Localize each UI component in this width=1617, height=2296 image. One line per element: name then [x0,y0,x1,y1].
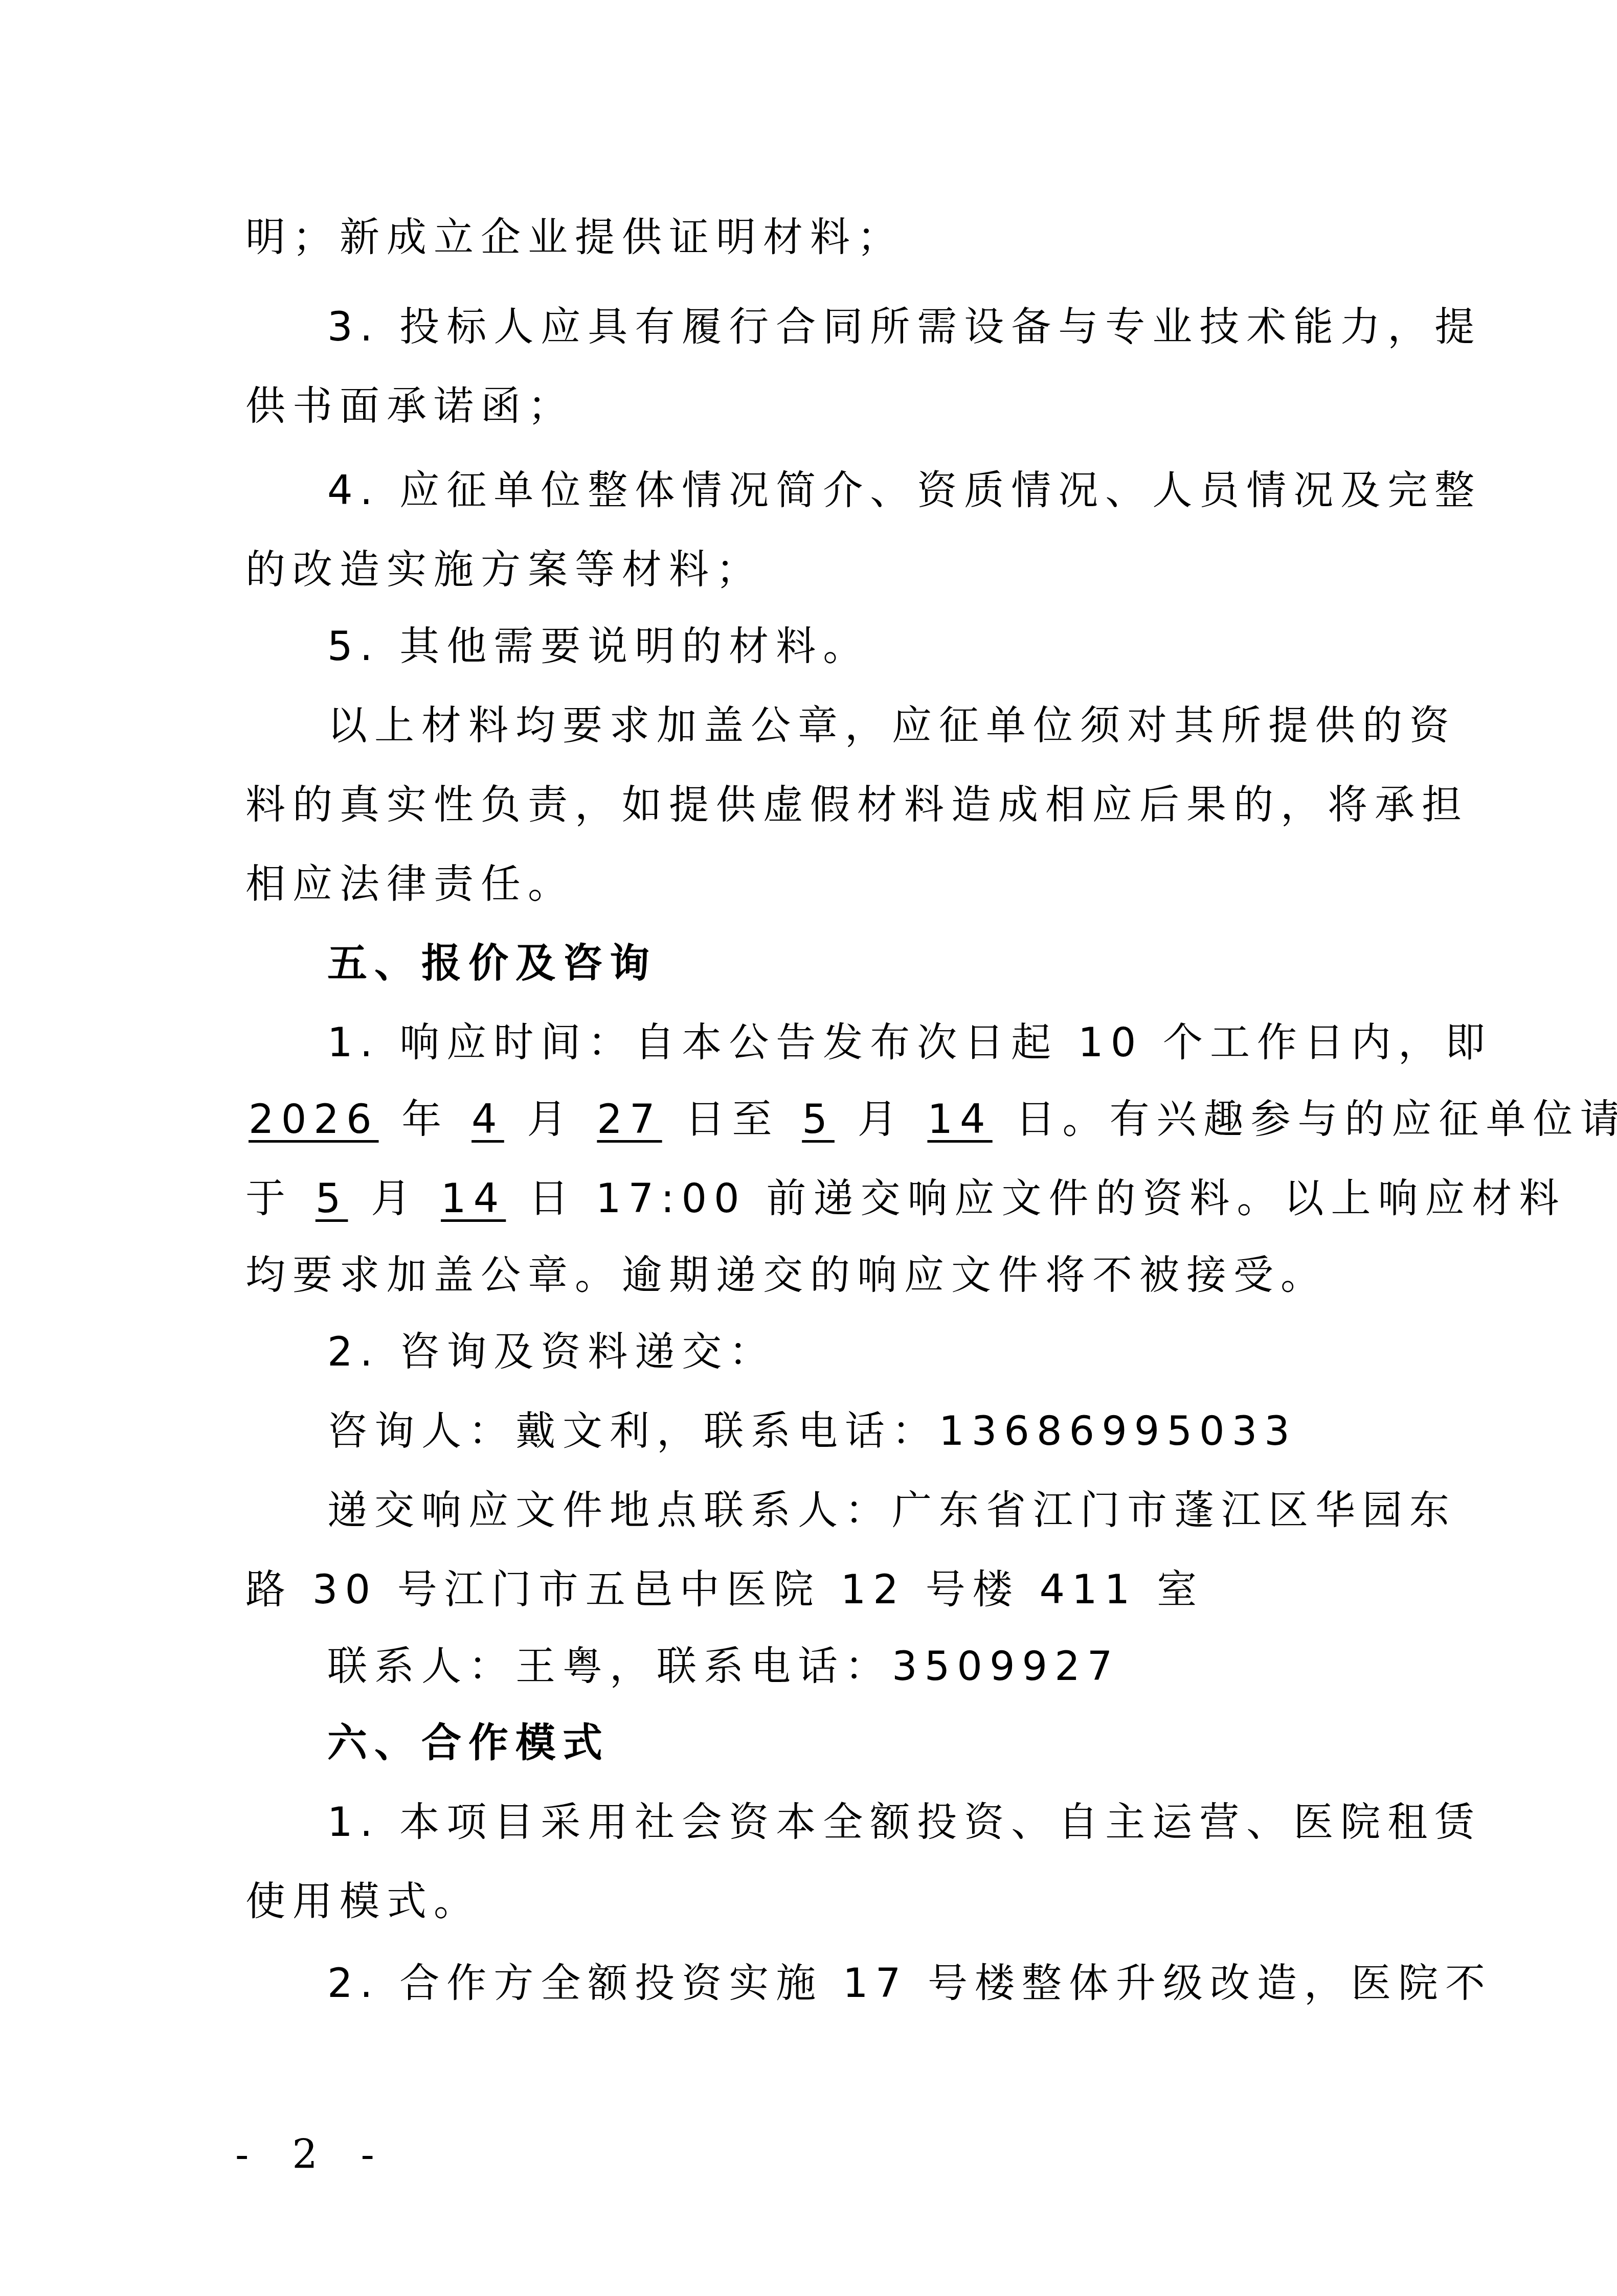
text-fragment: 月 [838,1097,925,1143]
submission-deadline: 于 5 月 14 日 17:00 前递交响应文件的资料。以上响应材料 [245,1171,1566,1227]
consultant-contact: 咨询人：戴文利，联系电话：13686995033 [327,1403,1297,1460]
list-item-4: 4. 应征单位整体情况简介、资质情况、人员情况及完整 [327,463,1481,519]
text-fragment: 日至 [665,1097,799,1143]
paragraph-seal-requirement: 以上材料均要求加盖公章，应征单位须对其所提供的资 [327,698,1456,754]
list-item-5: 5. 其他需要说明的材料。 [327,619,870,675]
text-fragment: 月 [507,1097,594,1143]
section-heading-quotation: 五、报价及咨询 [327,936,657,992]
cooperation-item-2: 2. 合作方全额投资实施 17 号楼整体升级改造，医院不 [327,1956,1492,2012]
consult-submission-title: 2. 咨询及资料递交： [327,1324,776,1380]
response-time-line: 1. 响应时间：自本公告发布次日起 10 个工作日内，即 [327,1015,1492,1071]
text-line: 的改造实施方案等材料； [245,542,763,598]
list-item-3: 3. 投标人应具有履行合同所需设备与专业技术能力，提 [327,299,1481,355]
text-line: 明；新成立企业提供证明材料； [245,210,904,266]
submission-address-cont: 路 30 号江门市五邑中医院 12 号楼 411 室 [245,1562,1204,1618]
start-month: 4 [468,1097,507,1143]
text-fragment: 日 17:00 前递交响应文件的资料。以上响应材料 [509,1176,1566,1222]
cooperation-item-1: 1. 本项目采用社会资本全额投资、自主运营、医院租赁 [327,1794,1481,1851]
submission-contact: 联系人：王粤，联系电话：3509927 [327,1639,1119,1695]
section-heading-cooperation: 六、合作模式 [327,1715,610,1771]
end-month: 5 [799,1097,838,1143]
document-page: 明；新成立企业提供证明材料； 3. 投标人应具有履行合同所需设备与专业技术能力，… [0,0,1617,2296]
start-day: 27 [594,1097,665,1143]
submission-address: 递交响应文件地点联系人：广东省江门市蓬江区华园东 [327,1483,1456,1539]
text-fragment: 月 [351,1176,438,1222]
year-value: 2026 [245,1097,382,1143]
response-date-range: 2026 年 4 月 27 日至 5 月 14 日。有兴趣参与的应征单位请 [245,1092,1617,1148]
text-line: 使用模式。 [245,1874,481,1930]
deadline-month: 5 [312,1176,351,1222]
text-fragment: 年 [382,1097,469,1143]
page-number: - 2 - [235,2132,390,2178]
text-line: 供书面承诺函； [245,378,575,435]
text-line: 均要求加盖公章。逾期递交的响应文件将不被接受。 [245,1247,1328,1304]
deadline-day: 14 [438,1176,509,1222]
end-day: 14 [924,1097,995,1143]
text-fragment: 于 [245,1176,312,1222]
text-line: 料的真实性负责，如提供虚假材料造成相应后果的，将承担 [245,777,1469,833]
text-fragment: 日。有兴趣参与的应征单位请 [996,1097,1617,1143]
text-line: 相应法律责任。 [245,856,575,913]
